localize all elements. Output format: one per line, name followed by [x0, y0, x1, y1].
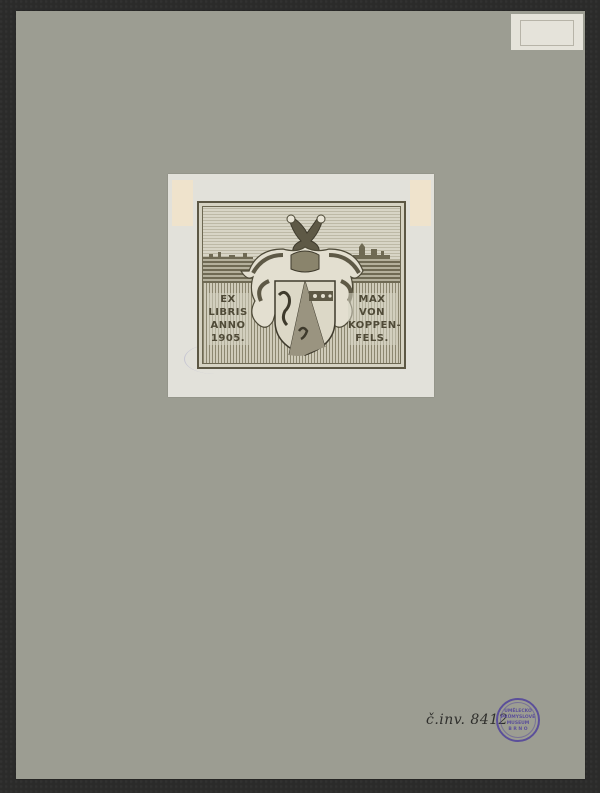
stamp-inner-ring — [500, 702, 536, 738]
catalog-label-frame — [520, 20, 574, 46]
ex-libris-line: 1905. — [207, 332, 249, 345]
owner-name-line: FELS. — [348, 332, 396, 345]
ex-libris-text: EX LIBRIS ANNO 1905. — [207, 293, 249, 345]
owner-name-line: MAX — [348, 293, 396, 306]
ex-libris-line: ANNO — [207, 319, 249, 332]
ex-libris-line: EX — [207, 293, 249, 306]
bookplate-mount: EX LIBRIS ANNO 1905. MAX VON KOPPEN- FEL… — [168, 174, 434, 397]
tape-left — [172, 180, 193, 226]
ex-libris-plate: EX LIBRIS ANNO 1905. MAX VON KOPPEN- FEL… — [197, 201, 406, 369]
ex-libris-line: LIBRIS — [207, 306, 249, 319]
plate-inner-frame: EX LIBRIS ANNO 1905. MAX VON KOPPEN- FEL… — [202, 206, 401, 364]
catalog-label — [511, 14, 583, 50]
owner-name-line: KOPPEN- — [348, 319, 396, 332]
museum-stamp-icon: UMĚLECKO PRŮMYSLOVÉ MUSEUM B R N O — [496, 698, 540, 742]
owner-name-text: MAX VON KOPPEN- FELS. — [348, 293, 396, 345]
owner-name-line: VON — [348, 306, 396, 319]
tape-right — [410, 180, 431, 226]
